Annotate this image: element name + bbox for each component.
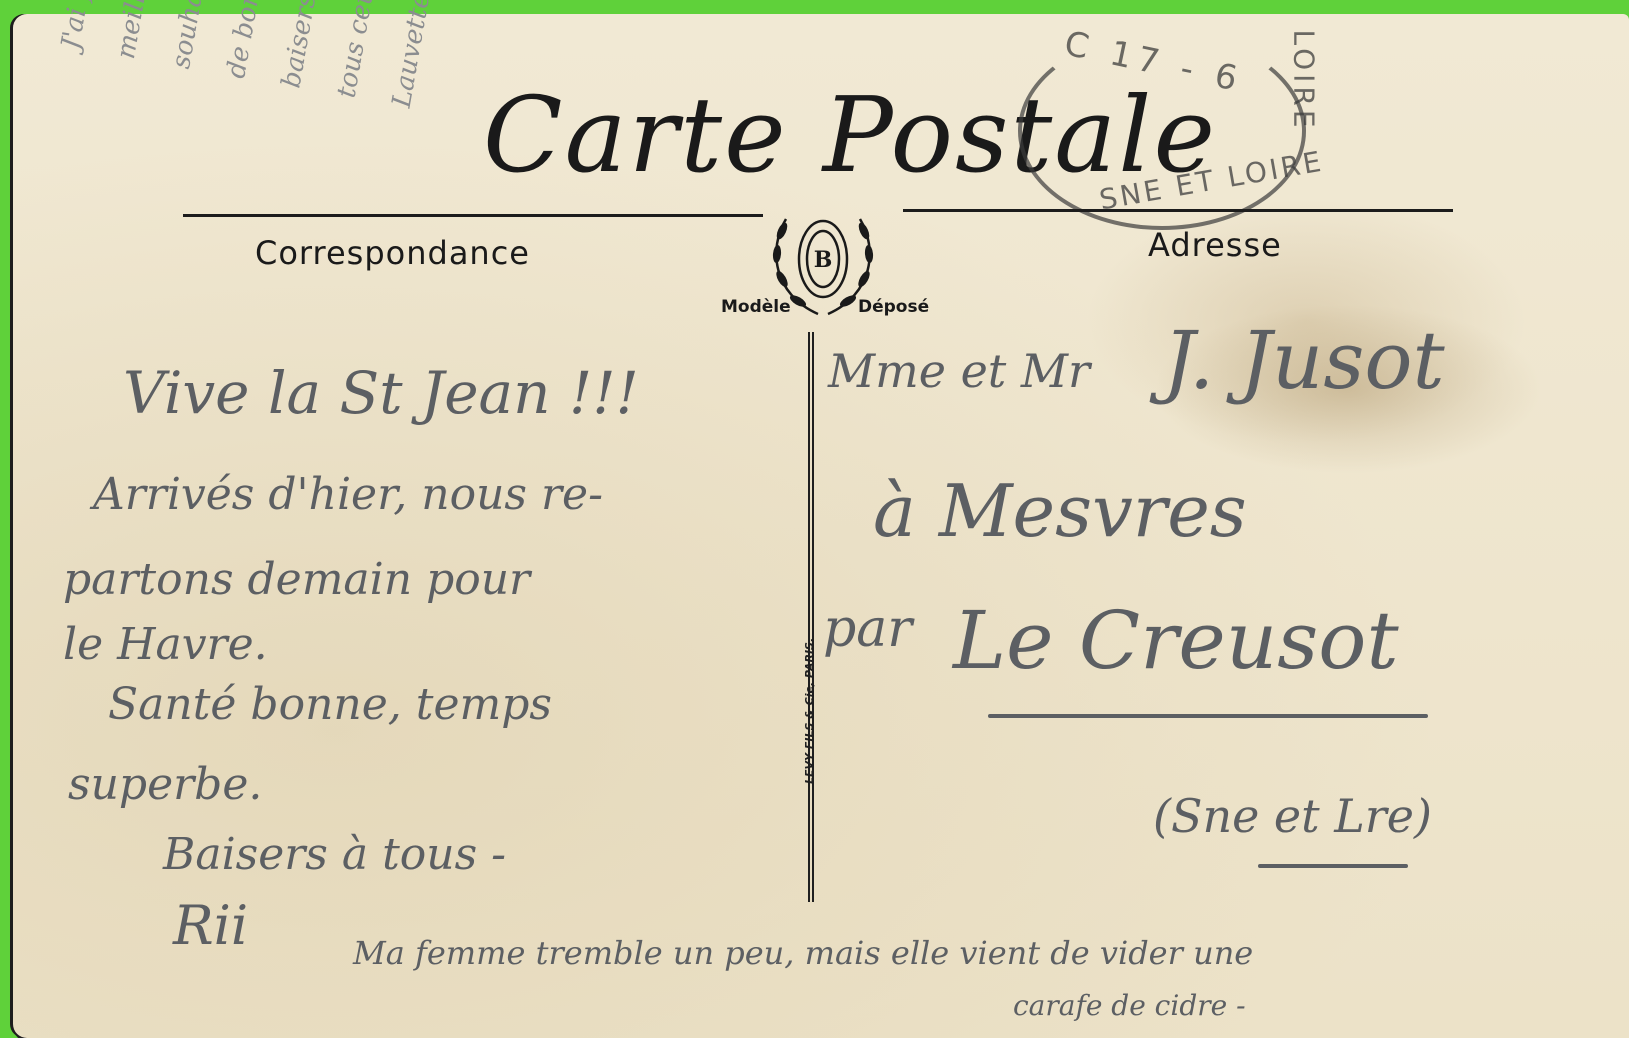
header-rule-left — [183, 214, 763, 217]
postcard: J'ai fait mes meilleurs souhaits et de b… — [13, 14, 1629, 1038]
postmark-side: LOIRE — [1288, 29, 1321, 131]
header-rule-right — [903, 209, 1453, 212]
address-city: Le Creusot — [953, 594, 1399, 687]
depose-label: Déposé — [858, 297, 929, 317]
footer-note: Ma femme tremble un peu, mais elle vient… — [353, 934, 1253, 972]
message-line: superbe. — [68, 759, 262, 810]
department-underline — [1258, 864, 1408, 868]
printer-credit: LEVY FILS & Cie, PARIS. — [803, 638, 816, 784]
message-line: Santé bonne, temps — [108, 679, 552, 730]
center-divider — [808, 332, 814, 902]
message-line: Baisers à tous - — [163, 829, 506, 880]
correspondance-heading: Correspondance — [255, 234, 530, 272]
address-salutation: Mme et Mr — [828, 344, 1090, 398]
signature: Rii — [173, 894, 248, 957]
modele-label: Modèle — [721, 297, 791, 317]
margin-note: J'ai fait mes meilleurs souhaits et de b… — [43, 0, 456, 112]
address-department: (Sne et Lre) — [1153, 789, 1432, 843]
message-line: Arrivés d'hier, nous re- — [93, 469, 603, 520]
address-via: par — [823, 599, 912, 659]
adresse-heading: Adresse — [1148, 226, 1282, 264]
message-line: Vive la St Jean !!! — [123, 359, 639, 427]
address-underline — [988, 714, 1428, 718]
address-town: à Mesvres — [873, 469, 1247, 553]
message-line: partons demain pour — [63, 554, 530, 605]
svg-text:B: B — [814, 247, 833, 273]
address-name: J. Jusot — [1163, 314, 1445, 407]
footer-note-2: carafe de cidre - — [1013, 989, 1246, 1022]
message-line: le Havre. — [63, 619, 268, 670]
